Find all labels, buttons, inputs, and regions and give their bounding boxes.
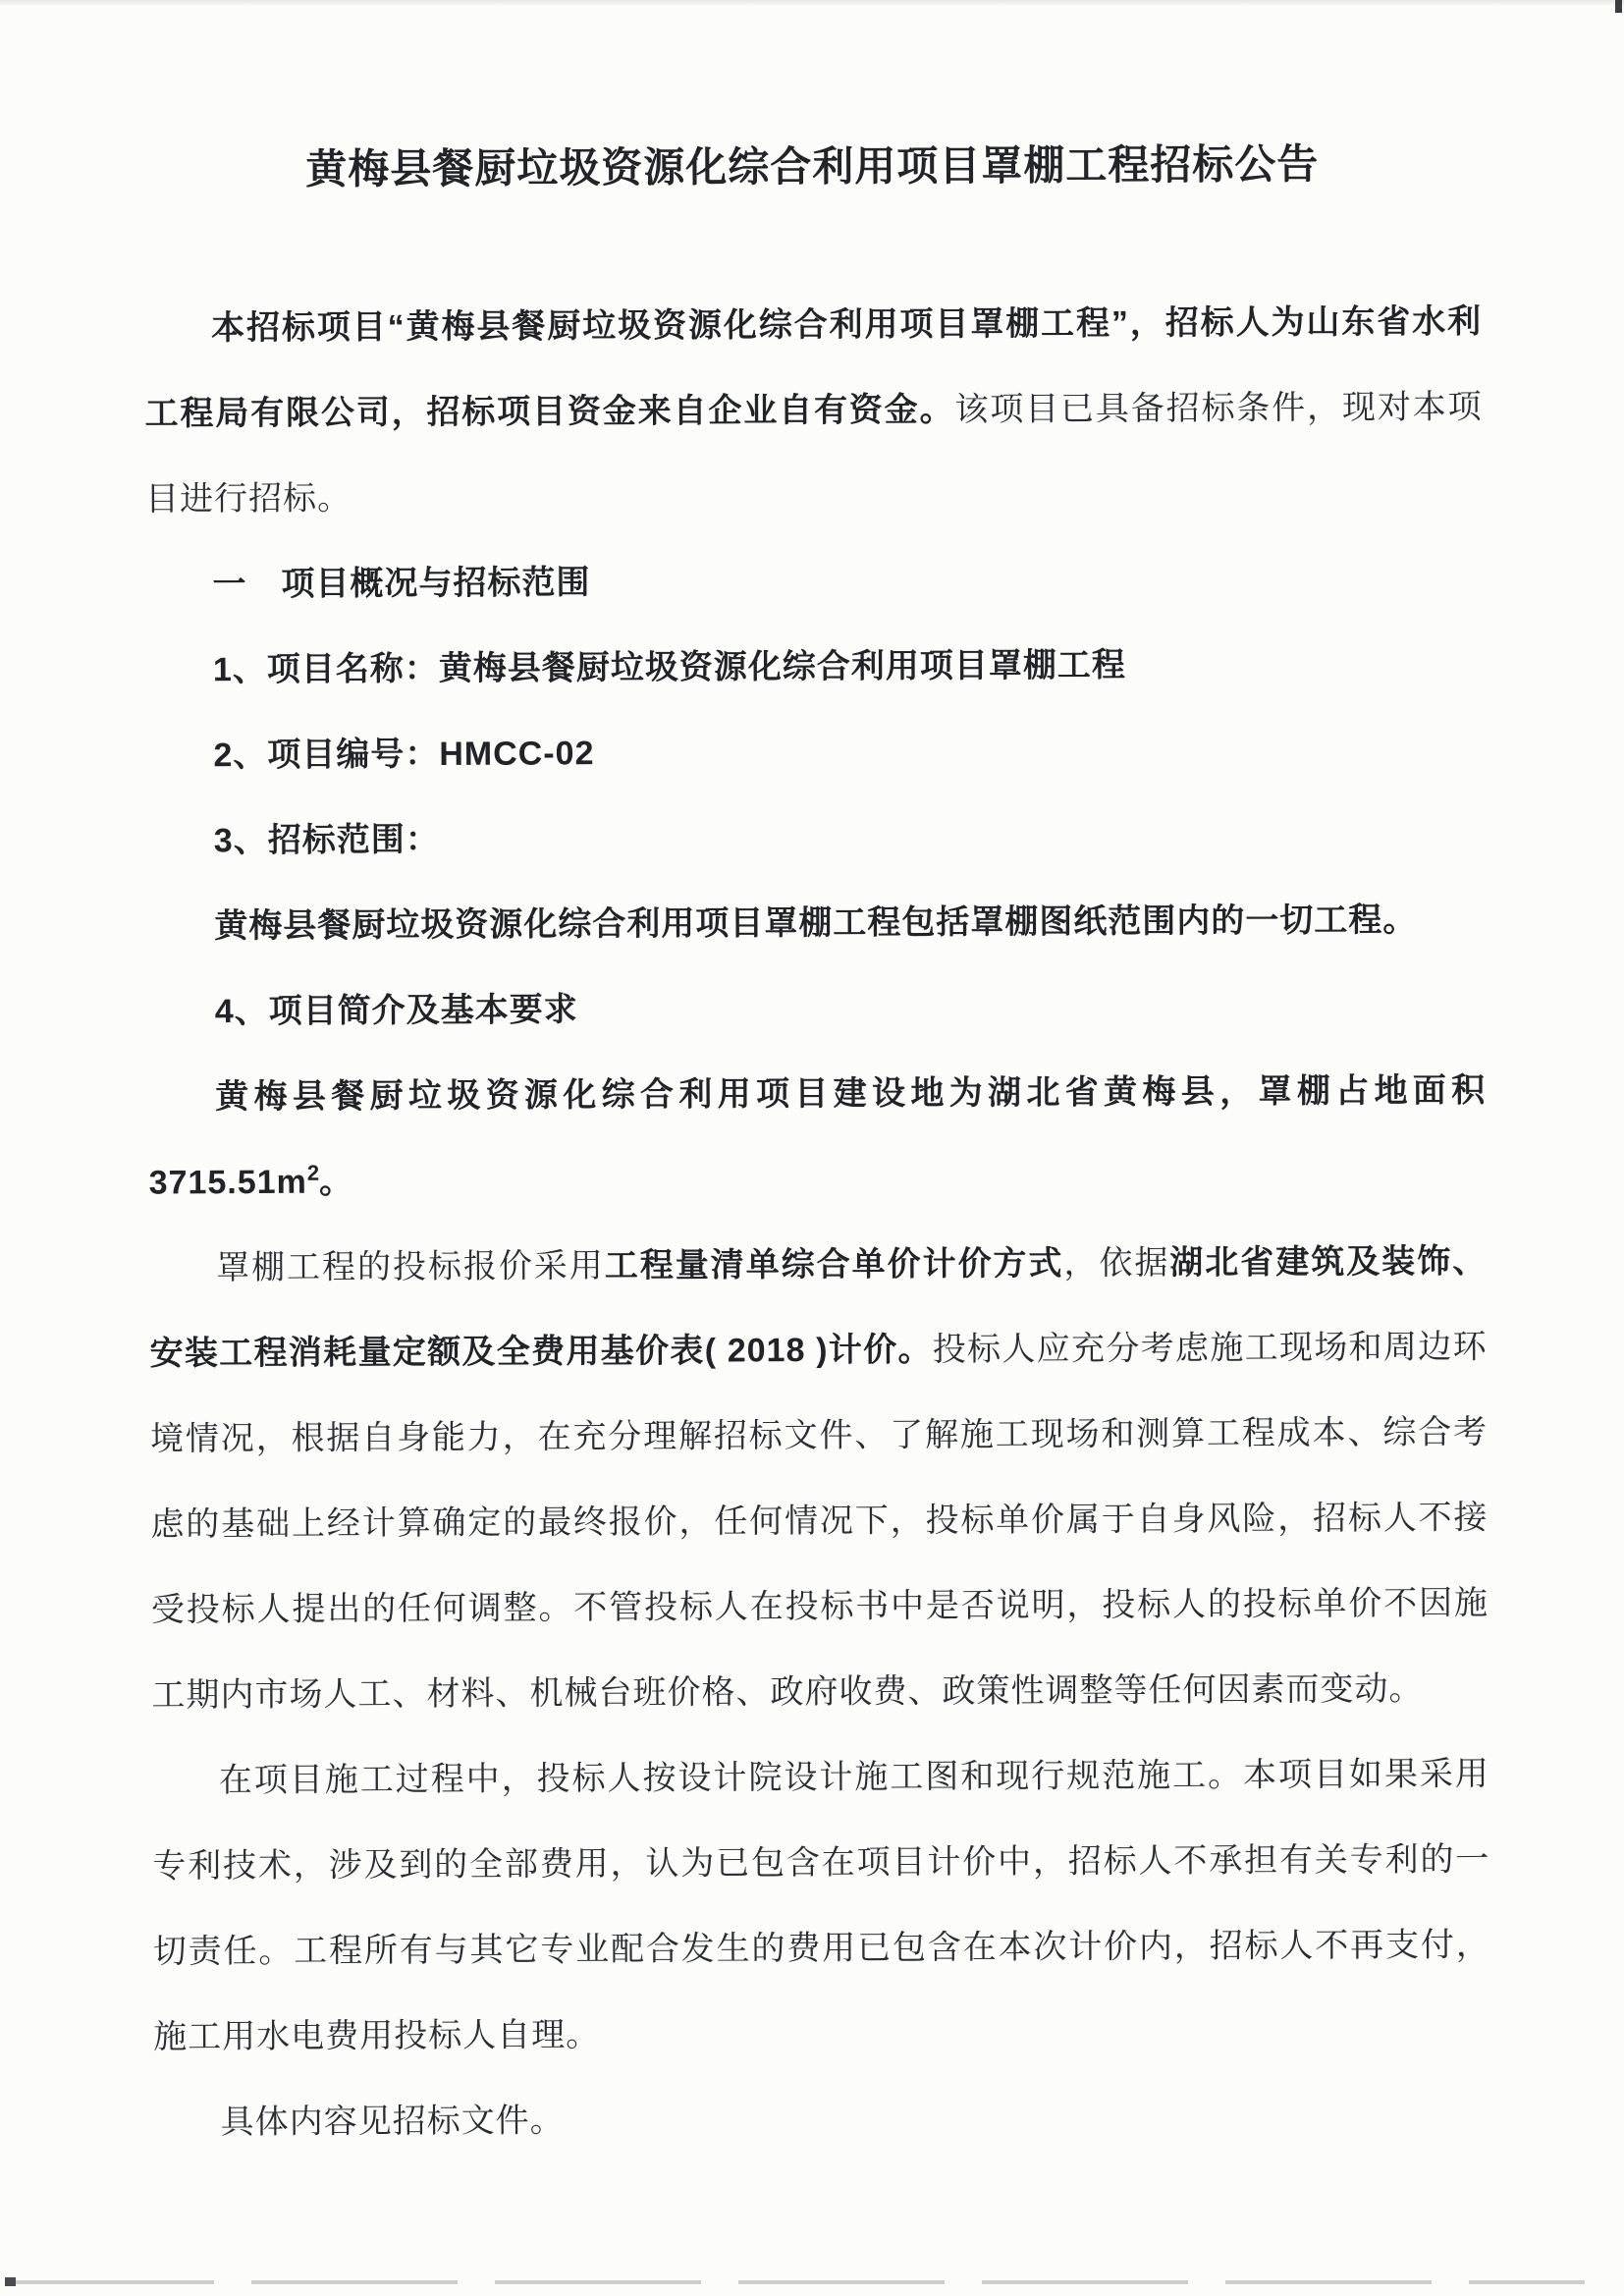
paragraph-bid-scope-description: 黄梅县餐厨垃圾资源化综合利用项目罩棚工程包括罩棚图纸范围内的一切工程。 [147, 877, 1485, 969]
document-body: 本招标项目“黄梅县餐厨垃圾资源化综合利用项目罩棚工程”，招标人为山东省水利工程局… [144, 279, 1491, 2165]
scanned-document-page: 黄梅县餐厨垃圾资源化综合利用项目罩棚工程招标公告 本招标项目“黄梅县餐厨垃圾资源… [0, 0, 1624, 2296]
text-run: 具体内容见招标文件。 [221, 2102, 565, 2141]
text-run: 工程量清单综合单价计价方式 [605, 1245, 1064, 1285]
text-run: 2、项目编号：HMCC-02 [213, 735, 594, 774]
paragraph-project-location-area: 黄梅县餐厨垃圾资源化综合利用项目建设地为湖北省黄梅县，罩棚占地面积 3715.5… [148, 1048, 1487, 1226]
text-run: 一 项目概况与招标范围 [212, 564, 590, 603]
text-run: 3、招标范围： [214, 821, 440, 859]
paragraph-item-3-bid-scope: 3、招标范围： [147, 792, 1485, 884]
text-run: 在项目施工过程中，投标人按设计院设计施工图和现行规范施工。本项目如果采用专利技术… [152, 1755, 1490, 2055]
paragraph-closing: 具体内容见招标文件。 [153, 2073, 1490, 2165]
text-run: 投标人应充分考虑施工现场和周边环境情况，根据自身能力，在充分理解招标文件、了解施… [150, 1328, 1489, 1714]
scan-artifact-bottom-left-corner [5, 2277, 16, 2286]
paragraph-construction-requirements: 在项目施工过程中，投标人按设计院设计施工图和现行规范施工。本项目如果采用专利技术… [152, 1731, 1491, 2080]
text-run: ，依据 [1063, 1244, 1169, 1283]
paragraph-item-4-project-brief: 4、项目简介及基本要求 [148, 962, 1486, 1055]
text-run: 黄梅县餐厨垃圾资源化综合利用项目罩棚工程包括罩棚图纸范围内的一切工程。 [214, 902, 1417, 945]
document-content: 黄梅县餐厨垃圾资源化综合利用项目罩棚工程招标公告 本招标项目“黄梅县餐厨垃圾资源… [0, 0, 1624, 2166]
text-run: 罩棚工程的投标报价采用 [216, 1247, 605, 1286]
document-title: 黄梅县餐厨垃圾资源化综合利用项目罩棚工程招标公告 [143, 134, 1481, 199]
paragraph-item-2-project-number: 2、项目编号：HMCC-02 [146, 706, 1484, 798]
scan-artifact-bottom-edge [8, 2280, 1585, 2284]
paragraph-pricing-requirements: 罩棚工程的投标报价采用工程量清单综合单价计价方式，依据湖北省建筑及装饰、安装工程… [149, 1219, 1489, 1738]
scan-artifact-top-right-corner [1615, 0, 1622, 13]
paragraph-item-1-project-name: 1、项目名称：黄梅县餐厨垃圾资源化综合利用项目罩棚工程 [146, 621, 1484, 713]
paragraph-section-1-heading: 一 项目概况与招标范围 [145, 535, 1483, 628]
text-run: 2 [307, 1161, 319, 1185]
paragraph-intro: 本招标项目“黄梅县餐厨垃圾资源化综合利用项目罩棚工程”，招标人为山东省水利工程局… [144, 279, 1483, 542]
text-run: 。 [319, 1163, 353, 1200]
text-run: 4、项目简介及基本要求 [215, 991, 578, 1030]
text-run: 1、项目名称：黄梅县餐厨垃圾资源化综合利用项目罩棚工程 [213, 646, 1126, 688]
